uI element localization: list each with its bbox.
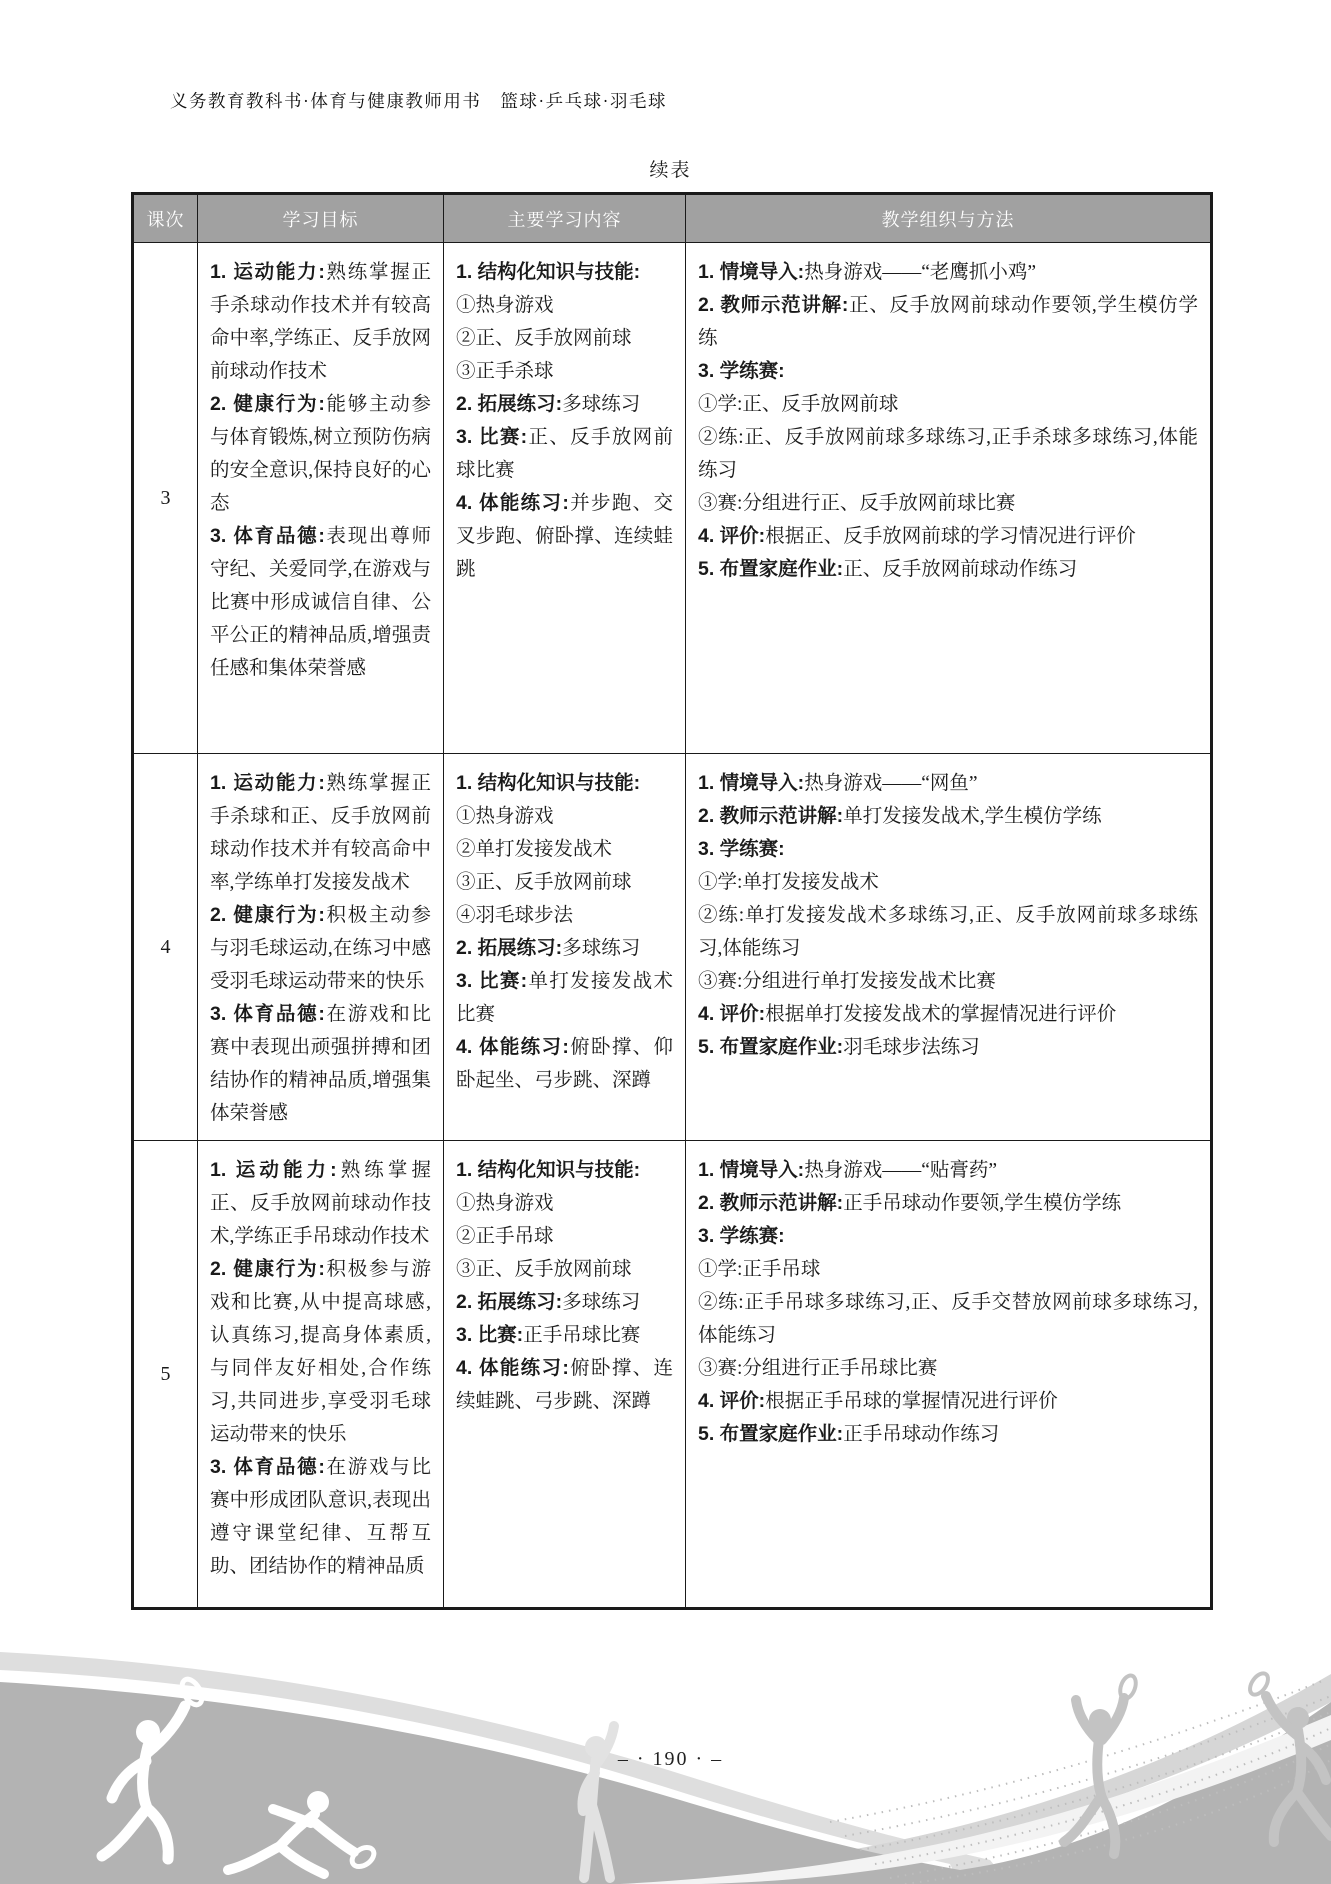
cell-line: 3. 体育品德:在游戏与比赛中形成团队意识,表现出遵守课堂纪律、互帮互助、团结协… (210, 1451, 431, 1583)
cell-line: 5. 布置家庭作业:正、反手放网前球动作练习 (698, 553, 1198, 586)
cell-line: ③正手杀球 (456, 355, 673, 388)
column-header-lesson: 课次 (133, 194, 198, 243)
cell-line: 3. 学练赛: (698, 355, 1198, 388)
cell-line: 1. 运动能力:熟练掌握正手杀球和正、反手放网前球动作技术并有较高命中率,学练单… (210, 767, 431, 899)
cell-line: ③赛:分组进行正手吊球比赛 (698, 1352, 1198, 1385)
cell-line: ③正、反手放网前球 (456, 1253, 673, 1286)
content-cell: 1. 结构化知识与技能:①热身游戏②正手吊球③正、反手放网前球2. 拓展练习:多… (444, 1141, 686, 1609)
cell-line: 3. 体育品德:表现出尊师守纪、关爱同学,在游戏与比赛中形成诚信自律、公平公正的… (210, 520, 431, 685)
cell-line: ④羽毛球步法 (456, 899, 673, 932)
column-header-methods: 教学组织与方法 (686, 194, 1212, 243)
cell-line: ②正、反手放网前球 (456, 322, 673, 355)
cell-line: 2. 教师示范讲解:正手吊球动作要领,学生模仿学练 (698, 1187, 1198, 1220)
cell-line: 1. 结构化知识与技能: (456, 256, 673, 289)
table-row: 31. 运动能力:熟练掌握正手杀球动作技术并有较高命中率,学练正、反手放网前球动… (133, 243, 1212, 754)
table-caption: 续表 (131, 155, 1210, 182)
cell-line: 5. 布置家庭作业:正手吊球动作练习 (698, 1418, 1198, 1451)
cell-line: ①学:正、反手放网前球 (698, 388, 1198, 421)
table-body: 31. 运动能力:熟练掌握正手杀球动作技术并有较高命中率,学练正、反手放网前球动… (133, 243, 1212, 1609)
methods-cell: 1. 情境导入:热身游戏——“贴膏药”2. 教师示范讲解:正手吊球动作要领,学生… (686, 1141, 1212, 1609)
cell-line: 2. 拓展练习:多球练习 (456, 388, 673, 421)
column-header-objectives: 学习目标 (198, 194, 444, 243)
lesson-number: 4 (133, 754, 198, 1141)
column-header-content: 主要学习内容 (444, 194, 686, 243)
cell-line: ②正手吊球 (456, 1220, 673, 1253)
cell-line: 3. 比赛:单打发接发战术比赛 (456, 965, 673, 1031)
cell-line: 1. 运动能力:熟练掌握正手杀球动作技术并有较高命中率,学练正、反手放网前球动作… (210, 256, 431, 388)
cell-line: 4. 评价:根据单打发接发战术的掌握情况进行评价 (698, 998, 1198, 1031)
methods-cell: 1. 情境导入:热身游戏——“老鹰抓小鸡”2. 教师示范讲解:正、反手放网前球动… (686, 243, 1212, 754)
cell-line: ③赛:分组进行单打发接发战术比赛 (698, 965, 1198, 998)
table-row: 41. 运动能力:熟练掌握正手杀球和正、反手放网前球动作技术并有较高命中率,学练… (133, 754, 1212, 1141)
lesson-number: 5 (133, 1141, 198, 1609)
cell-line: 4. 评价:根据正手吊球的掌握情况进行评价 (698, 1385, 1198, 1418)
cell-line: 4. 体能练习:俯卧撑、连续蛙跳、弓步跳、深蹲 (456, 1352, 673, 1418)
cell-line: 1. 情境导入:热身游戏——“老鹰抓小鸡” (698, 256, 1198, 289)
cell-line: ②单打发接发战术 (456, 833, 673, 866)
cell-line: 1. 情境导入:热身游戏——“贴膏药” (698, 1154, 1198, 1187)
cell-line: ①热身游戏 (456, 1187, 673, 1220)
cell-line: 4. 体能练习:并步跑、交叉步跑、俯卧撑、连续蛙跳 (456, 487, 673, 586)
methods-cell: 1. 情境导入:热身游戏——“网鱼”2. 教师示范讲解:单打发接发战术,学生模仿… (686, 754, 1212, 1141)
cell-line: 3. 比赛:正手吊球比赛 (456, 1319, 673, 1352)
cell-line: 3. 体育品德:在游戏和比赛中表现出顽强拼搏和团结协作的精神品质,增强集体荣誉感 (210, 998, 431, 1130)
cell-line: 1. 结构化知识与技能: (456, 1154, 673, 1187)
cell-line: 2. 教师示范讲解:单打发接发战术,学生模仿学练 (698, 800, 1198, 833)
table-header: 课次 学习目标 主要学习内容 教学组织与方法 (133, 194, 1212, 243)
cell-line: 5. 布置家庭作业:羽毛球步法练习 (698, 1031, 1198, 1064)
cell-line: ①热身游戏 (456, 800, 673, 833)
cell-line: 1. 结构化知识与技能: (456, 767, 673, 800)
objectives-cell: 1. 运动能力:熟练掌握正手杀球和正、反手放网前球动作技术并有较高命中率,学练单… (198, 754, 444, 1141)
cell-line: ①学:正手吊球 (698, 1253, 1198, 1286)
cell-line: ②练:单打发接发战术多球练习,正、反手放网前球多球练习,体能练习 (698, 899, 1198, 965)
cell-line: 3. 学练赛: (698, 1220, 1198, 1253)
cell-line: 2. 健康行为:积极参与游戏和比赛,从中提高球感,认真练习,提高身体素质,与同伴… (210, 1253, 431, 1451)
book-page: 义务教育教科书·体育与健康教师用书 篮球·乒乓球·羽毛球 续表 课次 学习目标 … (0, 0, 1331, 1884)
objectives-cell: 1. 运动能力:熟练掌握正、反手放网前球动作技术,学练正手吊球动作技术2. 健康… (198, 1141, 444, 1609)
cell-line: 1. 运动能力:熟练掌握正、反手放网前球动作技术,学练正手吊球动作技术 (210, 1154, 431, 1253)
cell-line: 4. 体能练习:俯卧撑、仰卧起坐、弓步跳、深蹲 (456, 1031, 673, 1097)
cell-line: 2. 健康行为:积极主动参与羽毛球运动,在练习中感受羽毛球运动带来的快乐 (210, 899, 431, 998)
cell-line: ②练:正、反手放网前球多球练习,正手杀球多球练习,体能练习 (698, 421, 1198, 487)
objectives-cell: 1. 运动能力:熟练掌握正手杀球动作技术并有较高命中率,学练正、反手放网前球动作… (198, 243, 444, 754)
cell-line: 2. 拓展练习:多球练习 (456, 932, 673, 965)
content-cell: 1. 结构化知识与技能:①热身游戏②单打发接发战术③正、反手放网前球④羽毛球步法… (444, 754, 686, 1141)
cell-line: ①学:单打发接发战术 (698, 866, 1198, 899)
cell-line: 3. 比赛:正、反手放网前球比赛 (456, 421, 673, 487)
lesson-number: 3 (133, 243, 198, 754)
cell-line: 2. 拓展练习:多球练习 (456, 1286, 673, 1319)
cell-line: 1. 情境导入:热身游戏——“网鱼” (698, 767, 1198, 800)
cell-line: 2. 教师示范讲解:正、反手放网前球动作要领,学生模仿学练 (698, 289, 1198, 355)
running-head: 义务教育教科书·体育与健康教师用书 篮球·乒乓球·羽毛球 (170, 88, 667, 113)
cell-line: ①热身游戏 (456, 289, 673, 322)
cell-line: ③正、反手放网前球 (456, 866, 673, 899)
content-cell: 1. 结构化知识与技能:①热身游戏②正、反手放网前球③正手杀球2. 拓展练习:多… (444, 243, 686, 754)
cell-line: ③赛:分组进行正、反手放网前球比赛 (698, 487, 1198, 520)
page-number: – · 190 · – (131, 1748, 1210, 1771)
cell-line: ②练:正手吊球多球练习,正、反手交替放网前球多球练习,体能练习 (698, 1286, 1198, 1352)
cell-line: 2. 健康行为:能够主动参与体育锻炼,树立预防伤病的安全意识,保持良好的心态 (210, 388, 431, 520)
lesson-plan-table: 课次 学习目标 主要学习内容 教学组织与方法 31. 运动能力:熟练掌握正手杀球… (131, 192, 1213, 1610)
table-row: 51. 运动能力:熟练掌握正、反手放网前球动作技术,学练正手吊球动作技术2. 健… (133, 1141, 1212, 1609)
cell-line: 4. 评价:根据正、反手放网前球的学习情况进行评价 (698, 520, 1198, 553)
cell-line: 3. 学练赛: (698, 833, 1198, 866)
